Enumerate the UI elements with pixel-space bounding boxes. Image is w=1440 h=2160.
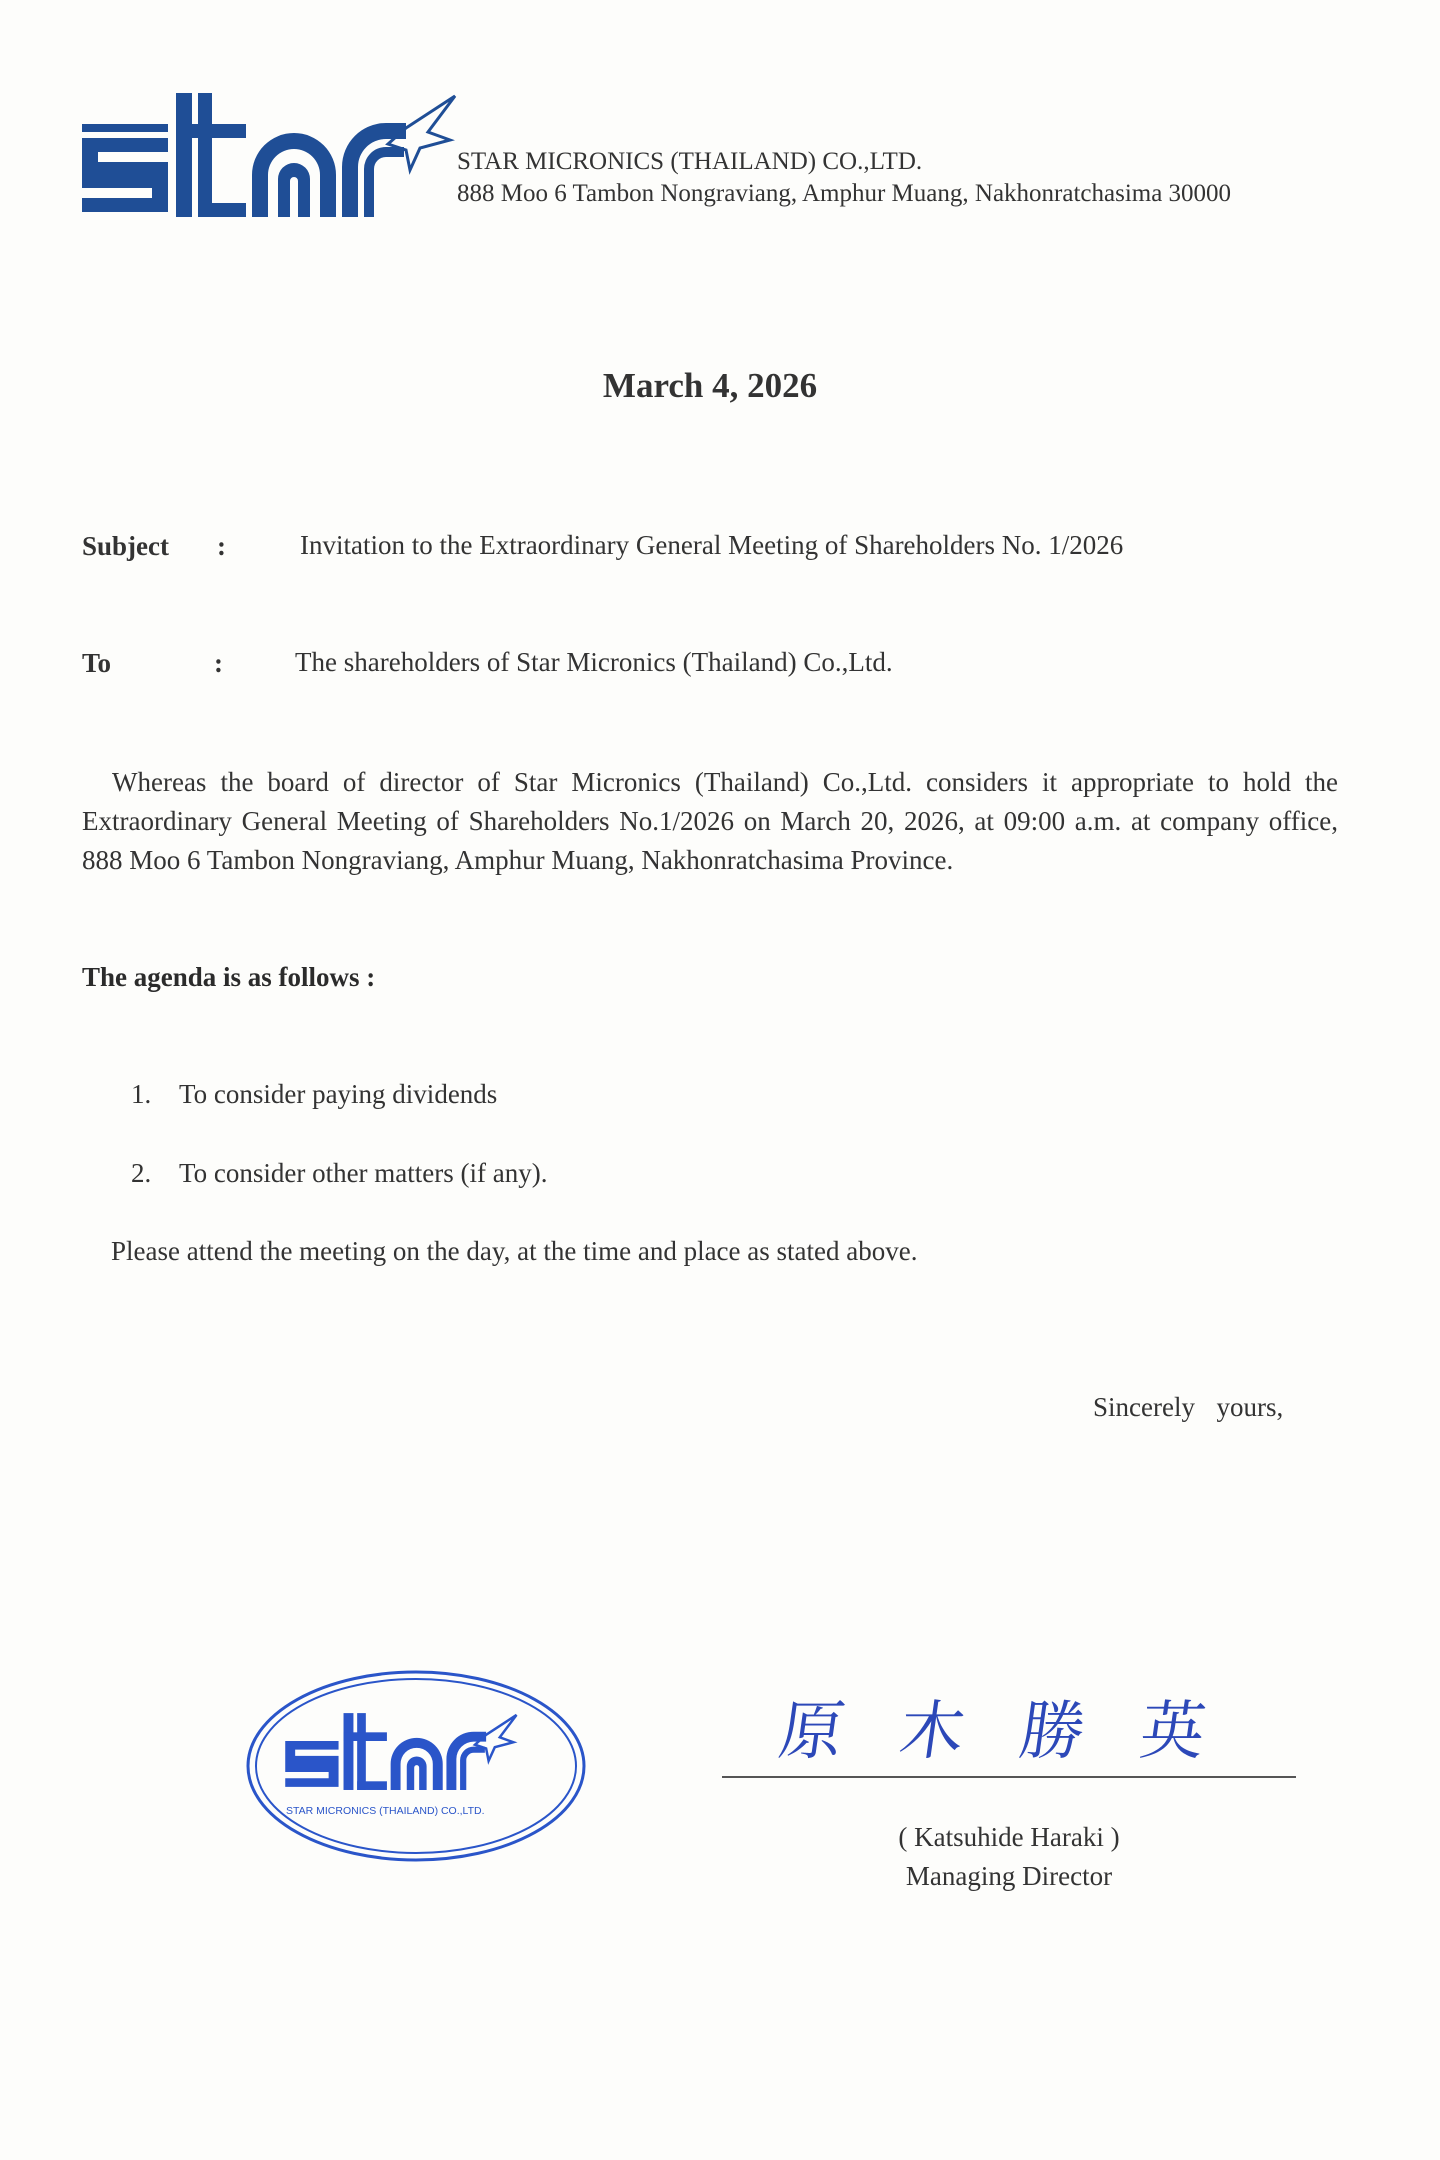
subject-colon: : (217, 531, 226, 562)
to-value: The shareholders of Star Micronics (Thai… (295, 647, 893, 678)
signature-text: 原 木 勝 英 (775, 1695, 1228, 1769)
signer-title: Managing Director (722, 1861, 1296, 1892)
company-stamp: STAR MICRONICS (THAILAND) CO.,LTD. (244, 1668, 588, 1864)
subject-label: Subject (82, 531, 169, 562)
company-name: STAR MICRONICS (THAILAND) CO.,LTD. (457, 146, 1231, 178)
closing-request: Please attend the meeting on the day, at… (111, 1236, 917, 1267)
agenda-item: 1.To consider paying dividends (131, 1079, 497, 1110)
star-logo (80, 88, 460, 223)
company-address: 888 Moo 6 Tambon Nongraviang, Amphur Mua… (457, 178, 1231, 210)
letterhead-text: STAR MICRONICS (THAILAND) CO.,LTD. 888 M… (457, 146, 1231, 210)
signature-line (722, 1776, 1296, 1778)
handwritten-signature: 原 木 勝 英 (773, 1680, 1307, 1780)
subject-value: Invitation to the Extraordinary General … (300, 530, 1123, 561)
agenda-item-text: To consider paying dividends (179, 1079, 497, 1109)
signer-name: ( Katsuhide Haraki ) (722, 1822, 1296, 1853)
agenda-item-text: To consider other matters (if any). (179, 1158, 547, 1188)
agenda-item: 2.To consider other matters (if any). (131, 1158, 547, 1189)
stamp-ring-text: STAR MICRONICS (THAILAND) CO.,LTD. (286, 1805, 485, 1817)
agenda-item-number: 2. (131, 1158, 179, 1189)
to-label: To (82, 648, 111, 679)
letter-date: March 4, 2026 (0, 366, 1420, 406)
body-paragraph: Whereas the board of director of Star Mi… (82, 763, 1338, 880)
agenda-heading: The agenda is as follows : (82, 962, 375, 993)
closing-salutation: Sincerely yours, (1093, 1392, 1283, 1423)
agenda-item-number: 1. (131, 1079, 179, 1110)
to-colon: : (214, 648, 223, 679)
